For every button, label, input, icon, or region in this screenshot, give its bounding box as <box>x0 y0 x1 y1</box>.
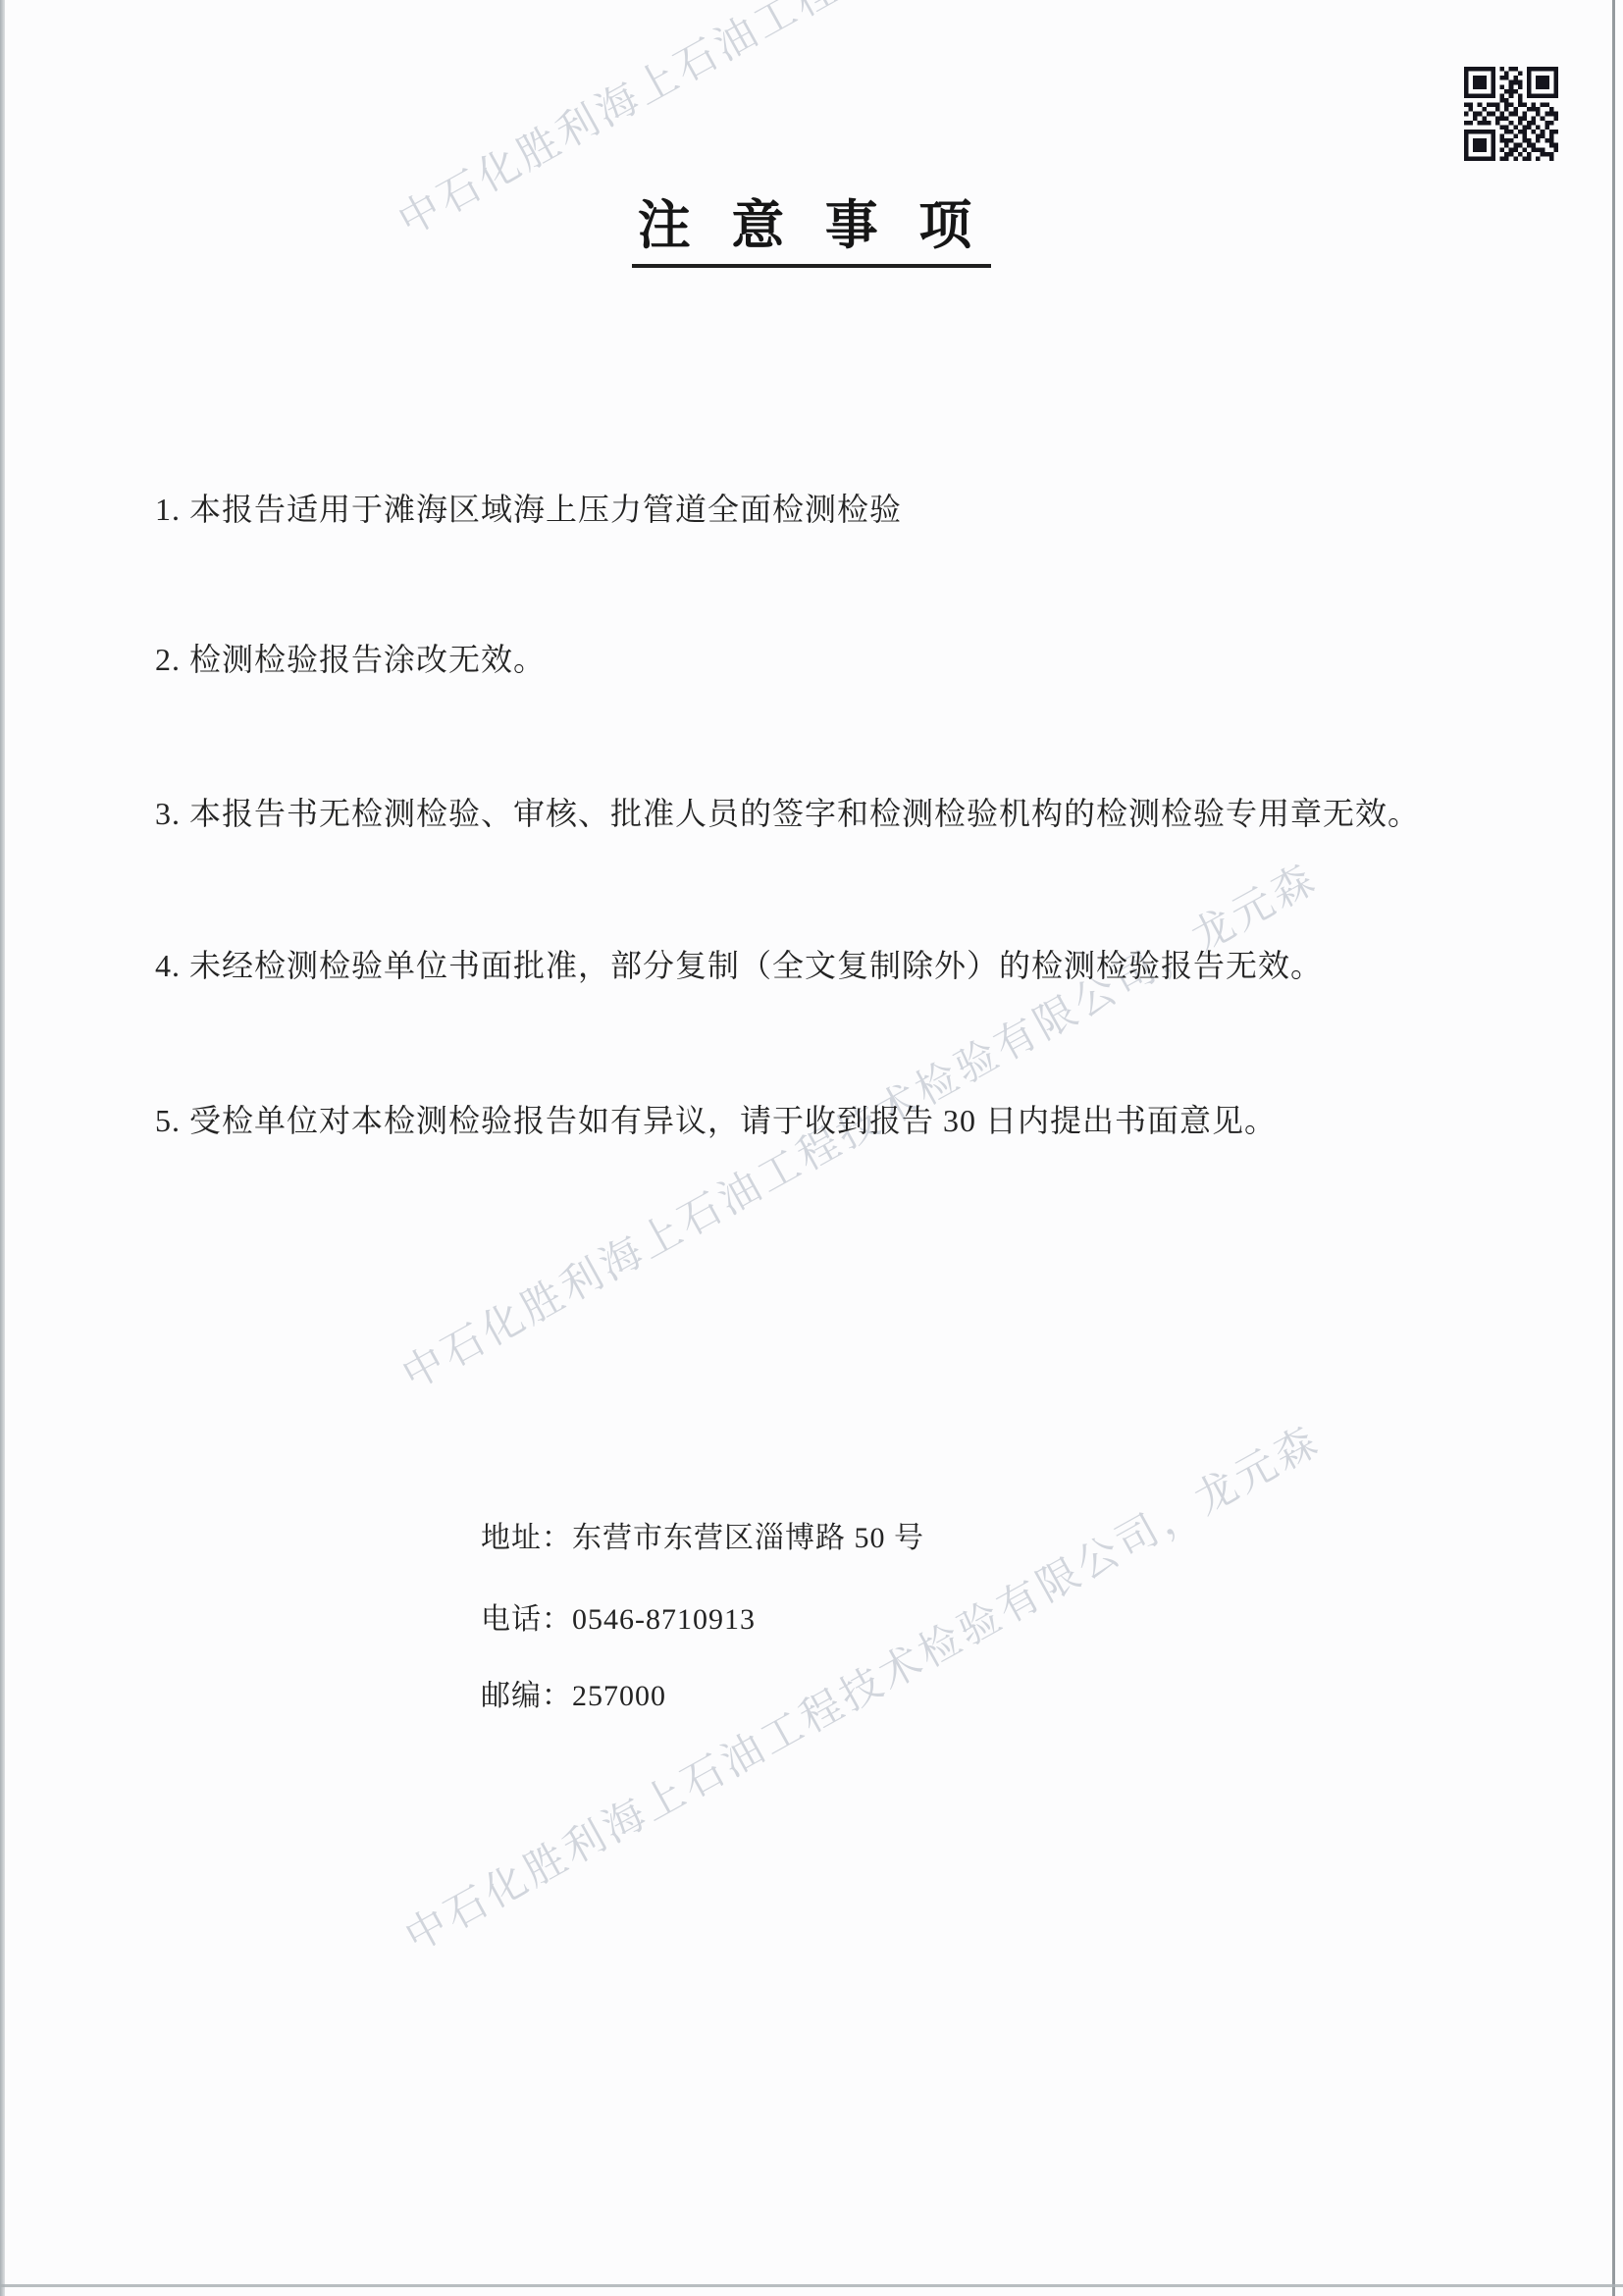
postcode-value: 257000 <box>572 1680 666 1712</box>
address-value: 东营市东营区淄博路 50 号 <box>572 1522 924 1554</box>
postcode-line: 邮编：257000 <box>481 1671 666 1714</box>
note-item-3: 3. 本报告书无检测检验、审核、批准人员的签字和检测检验机构的检测检验专用章无效… <box>155 795 1568 832</box>
phone-label: 电话： <box>481 1603 572 1636</box>
note-item-2: 2. 检测检验报告涂改无效。 <box>155 641 1568 678</box>
page-edge-right <box>1612 0 1615 2296</box>
page-edge-bottom <box>0 2284 1623 2287</box>
title-wrap: 注 意 事 项 <box>0 198 1623 268</box>
note-item-1: 1. 本报告适用于滩海区域海上压力管道全面检测检验 <box>155 491 1568 528</box>
qr-code <box>1464 67 1558 161</box>
address-label: 地址： <box>481 1522 572 1554</box>
note-item-4: 4. 未经检测检验单位书面批准，部分复制（全文复制除外）的检测检验报告无效。 <box>155 947 1568 984</box>
page-title: 注 意 事 项 <box>632 198 992 268</box>
address-line: 地址：东营市东营区淄博路 50 号 <box>481 1513 924 1556</box>
page-edge-left <box>0 0 5 2296</box>
phone-line: 电话：0546-8710913 <box>481 1594 756 1638</box>
note-item-5: 5. 受检单位对本检测检验报告如有异议，请于收到报告 30 日内提出书面意见。 <box>155 1102 1568 1139</box>
document-page: 中石化胜利海上石油工程技术检验有限公司，龙元森 中石化胜利海上石油工程技术检验有… <box>0 0 1623 2296</box>
postcode-label: 邮编： <box>481 1680 572 1712</box>
phone-value: 0546-8710913 <box>572 1603 756 1636</box>
